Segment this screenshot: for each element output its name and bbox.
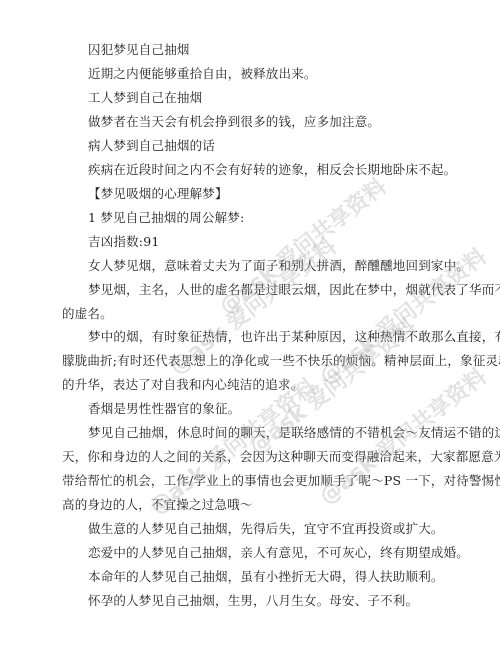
text-line: 梦见自己抽烟，休息时间的聊天，是联络感情的不错机会～友情运不错的这 [88,425,500,441]
text-line: 的虚名。 [62,306,113,322]
text-line: 吉凶指数:91 [88,234,160,250]
text-line: 本命年的人梦见自己抽烟，虽有小挫折无大碍，得人扶助顺利。 [88,569,444,585]
text-line: 工人梦到自己在抽烟 [88,90,202,106]
text-line: 梦见烟，主名，人世的虚名都是过眼云烟，因此在梦中，烟就代表了华而不实 [88,282,500,298]
text-line: 天，你和身边的人之间的关系，会因为这种聊天而变得融洽起来，大家都愿意为你 [62,449,500,465]
text-line: 的升华，表达了对自我和内心纯洁的追求。 [62,377,303,393]
text-line: 带给帮忙的机会，工作/学业上的事情也会更加顺手了呢～PS 一下，对待警惕性较 [62,473,500,489]
text-line: 囚犯梦见自己抽烟 [88,42,190,58]
watermark: @ask 爱问共享资料 [212,170,392,320]
text-line: 做梦者在当天会有机会挣到很多的钱，应多加注意。 [88,114,380,130]
text-line: 高的身边的人，不宜操之过急哦～ [62,497,253,513]
text-line: 恋爱中的人梦见自己抽烟，亲人有意见，不可灰心，终有期望成婚。 [88,545,469,561]
text-line: 近期之内便能够重拾自由，被释放出来。 [88,66,317,82]
text-line: 女人梦见烟，意味着丈夫为了面子和别人拼酒，醉醺醺地回到家中。 [88,258,469,274]
document-page: 囚犯梦见自己抽烟近期之内便能够重拾自由，被释放出来。工人梦到自己在抽烟做梦者在当… [0,0,500,647]
text-line: 疾病在近段时间之内不会有好转的迹象，相反会长期地卧床不起。 [88,162,456,178]
text-line: 梦中的烟，有时象征热情，也许出于某种原因，这种热情不敢那么直接，有些 [88,329,500,345]
text-line: 【梦见吸烟的心理解梦】 [88,186,228,202]
text-line: 1 梦见自己抽烟的周公解梦: [88,210,244,226]
text-line: 香烟是男性性器官的象征。 [88,401,240,417]
text-line: 做生意的人梦见自己抽烟，先得后失，宜守不宜再投资或扩大。 [88,521,444,537]
text-line: 朦胧曲折;有时还代表思想上的净化或一些不快乐的烦恼。精神层面上，象征灵魂 [62,353,500,369]
text-line: 怀孕的人梦见自己抽烟，生男，八月生女。母安、子不利。 [88,593,418,609]
text-line: 病人梦到自己抽烟的话 [88,138,215,154]
